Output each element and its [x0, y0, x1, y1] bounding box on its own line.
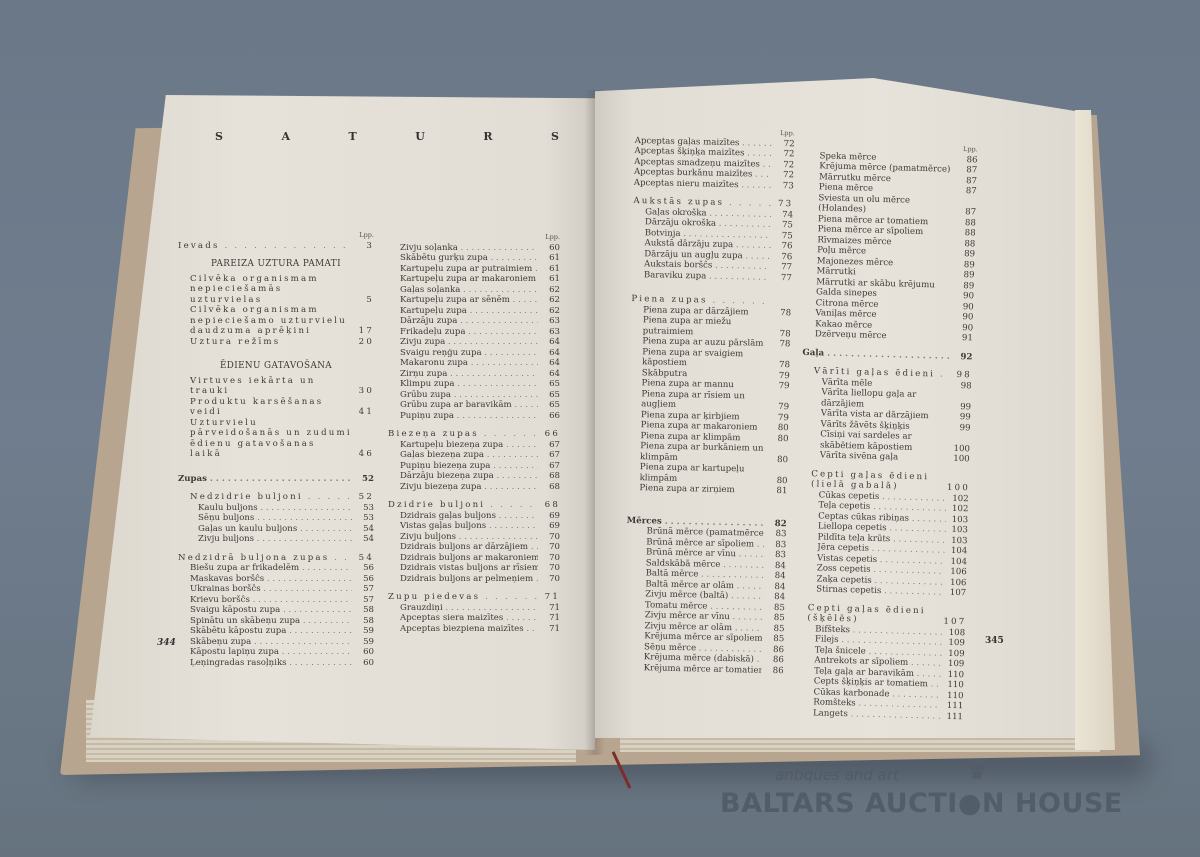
toc-entry-page: 59 [352, 626, 374, 637]
toc-entry-page: 106 [945, 567, 967, 578]
toc-entry-title: Gaļas soļanka [400, 285, 538, 296]
toc-entry[interactable]: Kartupeļu zupa ar sēnēm62 [388, 295, 560, 306]
toc-entry[interactable]: Apceptas siera maizītes71 [388, 613, 560, 624]
toc-entry-page: 64 [538, 337, 560, 348]
toc-entry-title: Apceptas biezpiena maizītes [400, 624, 538, 635]
toc-entry-title: Biešu zupa ar frikadelēm [190, 563, 352, 574]
toc-entry-page: 98 [949, 380, 971, 391]
toc-entry-title: Dzidrais buljons ar dārzājiem [400, 542, 538, 553]
title-letter: T [349, 130, 358, 143]
toc-entry-page: 99 [948, 422, 970, 433]
toc-entry[interactable]: Sēņu buljons53 [178, 513, 374, 524]
toc-entry-page: 91 [951, 333, 973, 344]
toc-entry-page: 61 [538, 264, 560, 275]
toc-entry-page: 20 [352, 337, 374, 348]
toc-entry-title: Vārīta sivēna gaļa [820, 450, 948, 464]
toc-entry[interactable]: Grauzdiņi71 [388, 603, 560, 614]
toc-entry[interactable]: Cilvēka organismam nepieciešamo uzturvie… [178, 305, 374, 337]
toc-entry-page: 87 [954, 207, 976, 218]
toc-entry[interactable]: Ukrainas boršĉs57 [178, 584, 374, 595]
toc-entry-page: 79 [768, 370, 790, 381]
toc-entry-page: 67 [538, 440, 560, 451]
toc-entry-title: Kartupeļu zupa ar sēnēm [400, 295, 538, 306]
toc-entry-title: Zivju biezeņa zupa [400, 482, 538, 493]
toc-entry-page: 17 [352, 326, 374, 337]
toc-entry-page: 88 [954, 217, 976, 228]
toc-entry-page: 99 [949, 401, 971, 412]
toc-entry-title: Apceptas siera maizītes [400, 613, 538, 624]
toc-entry-page: 66 [538, 411, 560, 422]
toc-entry-title: Sēņu buljons [198, 513, 352, 524]
toc-entry-page: 104 [945, 556, 967, 567]
toc-entry-page: 83 [764, 539, 786, 550]
toc-entry[interactable]: Kartupeļu biezeņa zupa67 [388, 440, 560, 451]
toc-entry-page: 89 [952, 280, 974, 291]
toc-entry-title: Ļeņingradas rasoļņiks [190, 658, 352, 669]
toc-entry-page: 85 [763, 602, 785, 613]
toc-entry-page: 60 [352, 658, 374, 669]
toc-entry-title: Kartupeļu zupa ar putraimiem [400, 264, 538, 275]
toc-entry-page: 110 [942, 669, 964, 680]
toc-entry-page: 111 [941, 711, 963, 722]
toc-entry-page: 86 [955, 154, 977, 165]
toc-entry-title: Krievu boršĉs [190, 595, 352, 606]
toc-entry-title: Dzidrais buljons ar pelmeņiem [400, 574, 538, 585]
toc-column-left-2: Lpp. Zivju soļanka60Skābētu gurķu zupa61… [388, 232, 560, 634]
toc-entry-page: 54 [352, 534, 374, 545]
toc-entry-title: Kaulu buljons [198, 503, 352, 514]
toc-entry-page: 85 [762, 634, 784, 645]
toc-entry[interactable]: Dārzāju zupa63 [388, 316, 560, 327]
toc-entry[interactable]: Baraviku zupa77 [632, 269, 792, 283]
toc-entry-title: Baraviku zupa [644, 270, 770, 283]
toc-entry-page: 87 [955, 165, 977, 176]
toc-entry[interactable]: Grūbu zupa ar baravikām65 [388, 400, 560, 411]
toc-entry-page: 56 [352, 574, 374, 585]
toc-entry[interactable]: Zivju buljons70 [388, 532, 560, 543]
toc-entry-page: 90 [951, 322, 973, 333]
toc-entry[interactable]: Gaļa92 [802, 347, 972, 362]
toc-entry-title: Zivju zupa [400, 337, 538, 348]
toc-entry-page: 68 [538, 471, 560, 482]
toc-entry-page: 77 [770, 262, 792, 273]
toc-entry-title: Kartupeļu biezeņa zupa [400, 440, 538, 451]
toc-entry[interactable]: Zivju biezeņa zupa68 [388, 482, 560, 493]
toc-entry-page: 104 [945, 546, 967, 557]
toc-entry[interactable]: Zivju zupa64 [388, 337, 560, 348]
toc-entry-title: Piena zupa ar kartupeļu klimpām [640, 462, 766, 486]
toc-entry-page: 87 [955, 186, 977, 197]
toc-entry-page: 58 [352, 605, 374, 616]
toc-entry-title: Piena zupa ar burkāniem un klimpām [640, 441, 766, 465]
toc-entry-page: 106 [944, 577, 966, 588]
toc-entry-title: Dzērveņu mērce [815, 329, 951, 343]
toc-entry-page: 30 [352, 386, 374, 397]
toc-entry-title: Dzidrais vistas buljons ar rīsiem [400, 563, 538, 574]
toc-entry[interactable]: Dzidrais gaļas buljons69 [388, 511, 560, 522]
toc-entry-page: 84 [763, 592, 785, 603]
toc-entry[interactable]: Gaļas un kaulu buljons54 [178, 524, 374, 535]
toc-entry-page: 62 [538, 285, 560, 296]
toc-entry[interactable]: Kāpostu lapiņu zupa60 [178, 647, 374, 658]
toc-entry-title: Zivju buljons [400, 532, 538, 543]
toc-entry[interactable]: Gaļas biezeņa zupa67 [388, 450, 560, 461]
toc-entry[interactable]: Nedzidrie buljoni52 [178, 492, 374, 503]
toc-entry-page: 67 [538, 461, 560, 472]
toc-entry-page: 88 [953, 238, 975, 249]
toc-entry-page: 56 [352, 563, 374, 574]
toc-entry-page: 109 [942, 659, 964, 670]
toc-entry-page: 62 [538, 306, 560, 317]
toc-entry-page: 110 [942, 680, 964, 691]
toc-entry[interactable]: Frikadeļu zupa63 [388, 327, 560, 338]
toc-entry-page: 65 [538, 379, 560, 390]
toc-entry-page: 69 [538, 511, 560, 522]
toc-entry-page: 63 [538, 316, 560, 327]
toc-entry-page: 54 [352, 524, 374, 535]
toc-entry[interactable]: Kartupeļu zupa62 [388, 306, 560, 317]
toc-entry-page: 85 [763, 613, 785, 624]
toc-entry-page: 76 [770, 251, 792, 262]
toc-entry-page: 84 [763, 581, 785, 592]
toc-entry-title: Skābeņu zupa [190, 637, 352, 648]
toc-entry-title: Skābētu kāpostu zupa [190, 626, 352, 637]
toc-entry-page: 71 [538, 603, 560, 614]
toc-entry[interactable]: Vistas gaļas buljons69 [388, 521, 560, 532]
toc-entry[interactable]: Dzidrais vistas buljons ar rīsiem70 [388, 563, 560, 574]
toc-entry[interactable]: Apceptas biezpiena maizītes71 [388, 624, 560, 635]
toc-entry-page: 57 [352, 584, 374, 595]
toc-entry-page: 77 [770, 272, 792, 283]
toc-entry[interactable]: Svaigu reņģu zupa64 [388, 348, 560, 359]
toc-entry-page: 83 [764, 529, 786, 540]
toc-entry-page: 84 [764, 560, 786, 571]
toc-entry-title: Svaigu kāpostu zupa [190, 605, 352, 616]
toc-entry-title: Svaigu reņģu zupa [400, 348, 538, 359]
toc-entry-page: 72 [772, 149, 794, 160]
toc-entry-title: Grauzdiņi [400, 603, 538, 614]
toc-entry-page: 89 [952, 270, 974, 281]
toc-entry[interactable]: Skābētu gurķu zupa61 [388, 253, 560, 264]
toc-entry-page: 60 [538, 243, 560, 254]
toc-entry[interactable]: Pupiņu zupa66 [388, 411, 560, 422]
toc-entry[interactable]: Makaronu zupa64 [388, 358, 560, 369]
toc-entry-page: 74 [771, 209, 793, 220]
toc-entry-page: 70 [538, 532, 560, 543]
toc-entry-page: 75 [771, 220, 793, 231]
toc-entry-page: 78 [769, 328, 791, 339]
page-title-saturs: S A T U R S [215, 130, 560, 143]
toc-entry[interactable]: Ļeņingradas rasoļņiks60 [178, 658, 374, 669]
toc-entry[interactable]: Apceptas nieru maizītes73 [634, 177, 794, 191]
toc-entry-page: 61 [538, 253, 560, 264]
lpp-label: Lpp. [178, 230, 374, 241]
toc-entry-page: 64 [538, 348, 560, 359]
toc-entry-title: Apceptas nieru maizītes [634, 177, 772, 190]
toc-entry-page: 53 [352, 503, 374, 514]
toc-entry-title: Kartupeļu zupa ar makaroniem [400, 274, 538, 285]
toc-entry-title: Piena zupa ar miežu putraimiem [643, 315, 769, 339]
toc-entry-title: Makaronu zupa [400, 358, 538, 369]
toc-entry-title: Stirnas cepetis [816, 584, 944, 598]
toc-entry[interactable]: Dzidrais buljons ar makaroniem70 [388, 553, 560, 564]
toc-entry[interactable]: Ievads3 [178, 241, 374, 252]
toc-entry-page: 109 [943, 638, 965, 649]
title-letter: R [483, 130, 493, 143]
toc-entry[interactable]: Piena zupa ar zirņiem81 [627, 483, 787, 497]
toc-entry-page: 64 [538, 358, 560, 369]
toc-entry[interactable]: Biezeņa zupas66 [388, 429, 560, 440]
toc-entry-title: Zivju buljons [198, 534, 352, 545]
toc-entry-title: Kartupeļu zupa [400, 306, 538, 317]
toc-entry-page: 64 [538, 369, 560, 380]
toc-entry-page: 71 [538, 624, 560, 635]
crown-icon: ♛ [968, 760, 986, 784]
toc-entry[interactable]: Maskavas boršĉs56 [178, 574, 374, 585]
toc-entry-page: 103 [946, 525, 968, 536]
toc-entry-page: 41 [352, 407, 374, 418]
toc-entry[interactable]: Zirņu zupa64 [388, 369, 560, 380]
toc-entry[interactable]: Kartupeļu zupa ar putraimiem61 [388, 264, 560, 275]
toc-entry-page: 103 [946, 514, 968, 525]
toc-entry-page: 78 [768, 339, 790, 350]
toc-entry[interactable]: Dzidrais buljons ar pelmeņiem70 [388, 574, 560, 585]
toc-entry[interactable]: Krievu boršĉs57 [178, 595, 374, 606]
toc-entry[interactable]: Klimpu zupa65 [388, 379, 560, 390]
toc-entry-title: Kāpostu lapiņu zupa [190, 647, 352, 658]
toc-entry-page: 80 [766, 433, 788, 444]
toc-entry-page: 46 [352, 449, 374, 460]
toc-entry-page: 70 [538, 553, 560, 564]
watermark-brand: BALTARS AUCTI●N HOUSE [720, 788, 1123, 819]
toc-entry-page: 86 [762, 655, 784, 666]
toc-entry-page: 5 [352, 295, 374, 306]
toc-entry[interactable]: Zupu piedevas71 [388, 592, 560, 603]
toc-entry[interactable]: Uzturvielu pārveidošanās un zudumi ēdien… [178, 418, 374, 460]
toc-entry-title: Pupiņu biezeņa zupa [400, 461, 538, 472]
toc-entry-page: 75 [771, 230, 793, 241]
toc-entry-title: Maskavas boršĉs [190, 574, 352, 585]
toc-entry-page: 100 [948, 454, 970, 465]
toc-entry-page: 78 [768, 360, 790, 371]
toc-entry-title: Cilvēka organismam nepieciešamās uzturvi… [190, 274, 352, 306]
toc-entry-page: 102 [947, 493, 969, 504]
toc-entry-title: Uztura režīms [190, 337, 352, 348]
toc-entry-title: Spinātu un skābeņu zupa [190, 616, 352, 627]
toc-entry[interactable]: Biešu zupa ar frikadelēm56 [178, 563, 374, 574]
toc-entry-title: Zirņu zupa [400, 369, 538, 380]
toc-entry-title: Uzturvielu pārveidošanās un zudumi ēdien… [190, 418, 352, 460]
title-letter: S [551, 130, 560, 143]
toc-entry-title: Virtuves iekārta un trauki [190, 376, 352, 397]
lpp-label: Lpp. [388, 232, 560, 243]
toc-entry[interactable]: Skābētu kāpostu zupa59 [178, 626, 374, 637]
toc-entry-page: 90 [952, 301, 974, 312]
toc-entry[interactable]: Dārzāju biezeņa zupa68 [388, 471, 560, 482]
toc-entry-page: 110 [941, 690, 963, 701]
toc-entry-page: 62 [538, 295, 560, 306]
toc-entry-title: Piena zupa ar zirņiem [639, 483, 765, 496]
toc-entry-title: Skābētu gurķu zupa [400, 253, 538, 264]
section-heading: PAREIZA UZTURA PAMATI [178, 259, 374, 270]
toc-entry-page: 57 [352, 595, 374, 606]
toc-entry-page: 109 [942, 648, 964, 659]
toc-entry-title: Cilvēka organismam nepieciešamo uzturvie… [190, 305, 352, 337]
toc-entry-title: Produktu karsēšanas veidi [190, 397, 352, 418]
toc-entry-title: Dārzāju zupa [400, 316, 538, 327]
toc-entry[interactable]: Svaigu kāpostu zupa58 [178, 605, 374, 616]
toc-entry-page: 111 [941, 701, 963, 712]
toc-entry-page: 89 [953, 259, 975, 270]
toc-entry-page: 60 [352, 647, 374, 658]
toc-entry[interactable]: Zupas52 [178, 474, 374, 485]
toc-entry-title: Piena zupa ar rīsiem un augļiem [641, 389, 767, 413]
toc-entry[interactable]: Virtuves iekārta un trauki30 [178, 376, 374, 397]
toc-entry[interactable]: Dzidrais buljons ar dārzājiem70 [388, 542, 560, 553]
page-number-left: 344 [157, 638, 176, 648]
toc-column-right-2: Lpp. Speka mērce86Krējuma mērce (pamatmē… [793, 140, 978, 722]
toc-entry-page: 76 [770, 241, 792, 252]
toc-entry-title: Frikadeļu zupa [400, 327, 538, 338]
toc-entry[interactable]: Zivju buljons54 [178, 534, 374, 545]
toc-entry-page: 85 [762, 623, 784, 634]
toc-entry[interactable]: Uztura režīms20 [178, 337, 374, 348]
toc-entry-page: 63 [538, 327, 560, 338]
title-letter: S [215, 130, 224, 143]
toc-entry-page: 108 [943, 627, 965, 638]
toc-entry-page: 79 [767, 381, 789, 392]
toc-entry-title: Dzidrais buljons ar makaroniem [400, 553, 538, 564]
watermark-tagline: antiques and art [775, 766, 899, 784]
toc-entry-page: 65 [538, 400, 560, 411]
toc-entry-page: 65 [538, 390, 560, 401]
toc-entry-title: Piena zupa ar svaigiem kāpostiem [642, 347, 768, 371]
toc-entry-title: Dārzāju biezeņa zupa [400, 471, 538, 482]
toc-entry-page: 70 [538, 574, 560, 585]
toc-entry-page: 59 [352, 637, 374, 648]
toc-entry-page: 90 [952, 291, 974, 302]
toc-entry-title: Gaļas biezeņa zupa [400, 450, 538, 461]
toc-entry[interactable]: Produktu karsēšanas veidi41 [178, 397, 374, 418]
toc-entry-page: 70 [538, 563, 560, 574]
toc-entry-page: 53 [352, 513, 374, 524]
toc-entry-page: 86 [762, 644, 784, 655]
toc-entry[interactable]: Grūbu zupa65 [388, 390, 560, 401]
toc-entry-page: 61 [538, 274, 560, 285]
toc-column-left-1: Lpp. Ievads3 PAREIZA UZTURA PAMATI Cilvē… [178, 230, 374, 668]
title-letter: A [281, 130, 291, 143]
toc-entry[interactable]: Pupiņu biezeņa zupa67 [388, 461, 560, 472]
toc-entry-page: 80 [765, 475, 787, 486]
toc-entry-page: 67 [538, 450, 560, 461]
toc-entry-title: Klimpu zupa [400, 379, 538, 390]
toc-entry-page: 79 [767, 412, 789, 423]
toc-entry-page: 87 [955, 175, 977, 186]
toc-entry-page: 99 [949, 412, 971, 423]
toc-entry-page: 71 [538, 613, 560, 624]
page-number-right: 345 [985, 636, 1004, 646]
toc-entry[interactable]: Spinātu un skābeņu zupa58 [178, 616, 374, 627]
toc-entry-title: Zivju soļanka [400, 243, 538, 254]
toc-entry-page: 100 [948, 443, 970, 454]
toc-entry[interactable]: Gaļas soļanka62 [388, 285, 560, 296]
toc-entry-page: 72 [772, 170, 794, 181]
toc-entry-page: 80 [766, 454, 788, 465]
toc-entry-page: 88 [953, 228, 975, 239]
toc-entry-page: 78 [769, 307, 791, 318]
toc-entry-page: 86 [761, 665, 783, 676]
toc-entry-page: 69 [538, 521, 560, 532]
toc-entry-page: 72 [773, 138, 795, 149]
toc-entry[interactable]: Kaulu buljons53 [178, 503, 374, 514]
toc-entry-page: 58 [352, 616, 374, 627]
toc-entry-page: 73 [772, 180, 794, 191]
toc-entry-page: 83 [764, 550, 786, 561]
toc-entry-page: 103 [945, 535, 967, 546]
toc-entry-page: 84 [763, 571, 785, 582]
toc-entry-page: 68 [538, 482, 560, 493]
toc-entry-title: Vistas gaļas buljons [400, 521, 538, 532]
toc-entry-title: Pupiņu zupa [400, 411, 538, 422]
title-letter: U [415, 130, 426, 143]
toc-entry-title: Grūbu zupa ar baravikām [400, 400, 538, 411]
toc-entry-title: Ukrainas boršĉs [190, 584, 352, 595]
toc-column-right-1: Lpp. Apceptas gaļas maizītes72Apceptas š… [624, 125, 795, 676]
toc-entry[interactable]: Skābeņu zupa59 [178, 637, 374, 648]
toc-entry-title: Dzidrais gaļas buljons [400, 511, 538, 522]
toc-entry-page: 89 [953, 249, 975, 260]
toc-entry[interactable]: Zivju soļanka60 [388, 243, 560, 254]
toc-entry[interactable]: Cilvēka organismam nepieciešamās uzturvi… [178, 274, 374, 306]
toc-entry-page: 79 [767, 402, 789, 413]
toc-entry-page: 90 [951, 312, 973, 323]
toc-entry-title: Grūbu zupa [400, 390, 538, 401]
toc-entry[interactable]: Kartupeļu zupa ar makaroniem61 [388, 274, 560, 285]
toc-entry-page: 102 [946, 504, 968, 515]
toc-entry-page: 107 [944, 588, 966, 599]
toc-entry[interactable]: Nedzidrā buljona zupas54 [178, 553, 374, 564]
toc-entry-page: 70 [538, 542, 560, 553]
section-heading: ĒDIENU GATAVOŠANA [178, 361, 374, 372]
toc-entry[interactable]: Dzidrie buljoni68 [388, 500, 560, 511]
toc-entry-page: 72 [772, 159, 794, 170]
toc-entry-page: 80 [767, 423, 789, 434]
toc-entry-title: Gaļas un kaulu buljons [198, 524, 352, 535]
toc-entry-page: 81 [765, 486, 787, 497]
